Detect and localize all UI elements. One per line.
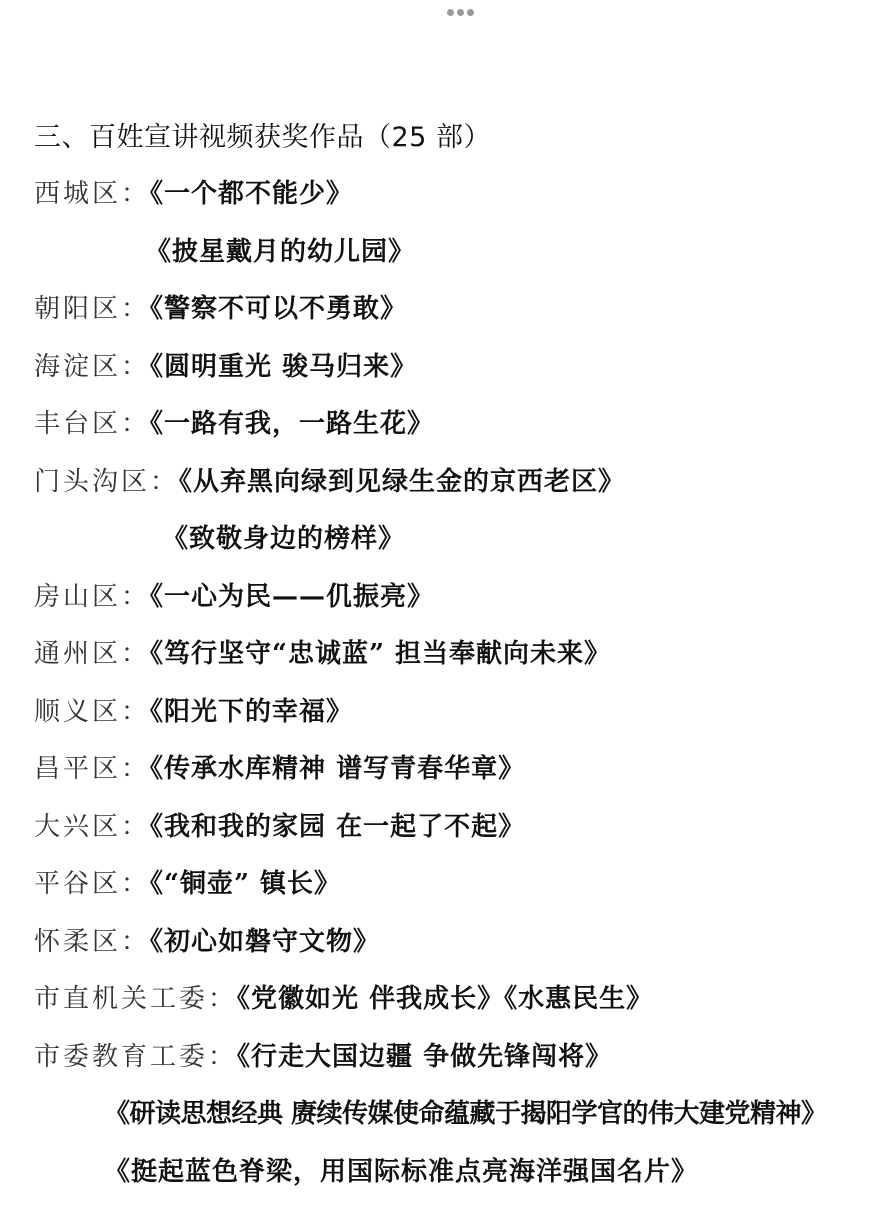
award-entry: 《披星戴月的幼儿园》	[145, 231, 415, 268]
award-entry: 市直机关工委：《党徽如光 伴我成长》《水惠民生》	[34, 978, 653, 1015]
work-title: 《致敬身边的榜样》	[162, 524, 405, 554]
award-entry: 《致敬身边的榜样》	[162, 518, 405, 555]
district-label: 海淀区：	[34, 352, 150, 382]
award-entry: 门头沟区：《从弃黑向绿到见绿生金的京西老区》	[34, 461, 625, 498]
district-label: 平谷区：	[34, 869, 150, 899]
district-label: 市直机关工委：	[34, 984, 237, 1014]
work-title: 《“铜壶” 镇长》	[150, 869, 341, 899]
award-entry: 昌平区：《传承水库精神 谱写青春华章》	[34, 748, 525, 785]
work-title: 《披星戴月的幼儿园》	[145, 237, 415, 267]
award-entry: 房山区：《一心为民——仉振亮》	[34, 576, 434, 613]
district-label: 昌平区：	[34, 754, 150, 784]
award-entry: 朝阳区：《警察不可以不勇敢》	[34, 288, 407, 325]
district-label: 怀柔区：	[34, 927, 150, 957]
district-label: 市委教育工委：	[34, 1042, 237, 1072]
work-title: 《圆明重光 骏马归来》	[150, 352, 417, 382]
work-title: 《研读思想经典 赓续传媒使命蕴藏于揭阳学官的伟大建党精神》	[104, 1099, 827, 1129]
work-title: 《从弃黑向绿到见绿生金的京西老区》	[179, 467, 625, 497]
award-entry: 平谷区：《“铜壶” 镇长》	[34, 863, 341, 900]
work-title: 《行走大国边疆 争做先锋闯将》	[237, 1042, 612, 1072]
dot	[447, 9, 454, 16]
district-label: 顺义区：	[34, 697, 150, 727]
district-label: 大兴区：	[34, 812, 150, 842]
work-title: 《一个都不能少》	[150, 179, 353, 209]
award-entry: 大兴区：《我和我的家园 在一起了不起》	[34, 806, 525, 843]
award-entry: 市委教育工委：《行走大国边疆 争做先锋闯将》	[34, 1036, 612, 1073]
work-title: 《初心如磐守文物》	[150, 927, 380, 957]
work-title: 《挺起蓝色脊梁，用国际标准点亮海洋强国名片》	[104, 1157, 698, 1187]
dot	[457, 9, 464, 16]
award-entry: 西城区：《一个都不能少》	[34, 173, 353, 210]
district-label: 房山区：	[34, 582, 150, 612]
dot	[467, 9, 474, 16]
work-title: 《党徽如光 伴我成长》《水惠民生》	[237, 984, 653, 1014]
work-title: 《警察不可以不勇敢》	[150, 294, 407, 324]
district-label: 朝阳区：	[34, 294, 150, 324]
district-label: 西城区：	[34, 179, 150, 209]
work-title: 《传承水库精神 谱写青春华章》	[150, 754, 525, 784]
award-entry: 通州区：《笃行坚守“忠诚蓝” 担当奉献向未来》	[34, 633, 611, 670]
work-title: 《我和我的家园 在一起了不起》	[150, 812, 525, 842]
award-entry: 《挺起蓝色脊梁，用国际标准点亮海洋强国名片》	[104, 1151, 698, 1188]
award-entry: 丰台区：《一路有我，一路生花》	[34, 403, 434, 440]
district-label: 丰台区：	[34, 409, 150, 439]
award-entry: 海淀区：《圆明重光 骏马归来》	[34, 346, 417, 383]
more-options-icon[interactable]	[447, 9, 474, 16]
work-title: 《阳光下的幸福》	[150, 697, 353, 727]
award-entry: 《研读思想经典 赓续传媒使命蕴藏于揭阳学官的伟大建党精神》	[104, 1093, 827, 1130]
award-entry: 怀柔区：《初心如磐守文物》	[34, 921, 380, 958]
work-title: 《一路有我，一路生花》	[150, 409, 434, 439]
work-title: 《笃行坚守“忠诚蓝” 担当奉献向未来》	[150, 639, 611, 669]
district-label: 门头沟区：	[34, 467, 179, 497]
work-title: 《一心为民——仉振亮》	[150, 582, 434, 612]
section-heading: 三、百姓宣讲视频获奖作品（25 部）	[34, 115, 491, 154]
district-label: 通州区：	[34, 639, 150, 669]
award-entry: 顺义区：《阳光下的幸福》	[34, 691, 353, 728]
